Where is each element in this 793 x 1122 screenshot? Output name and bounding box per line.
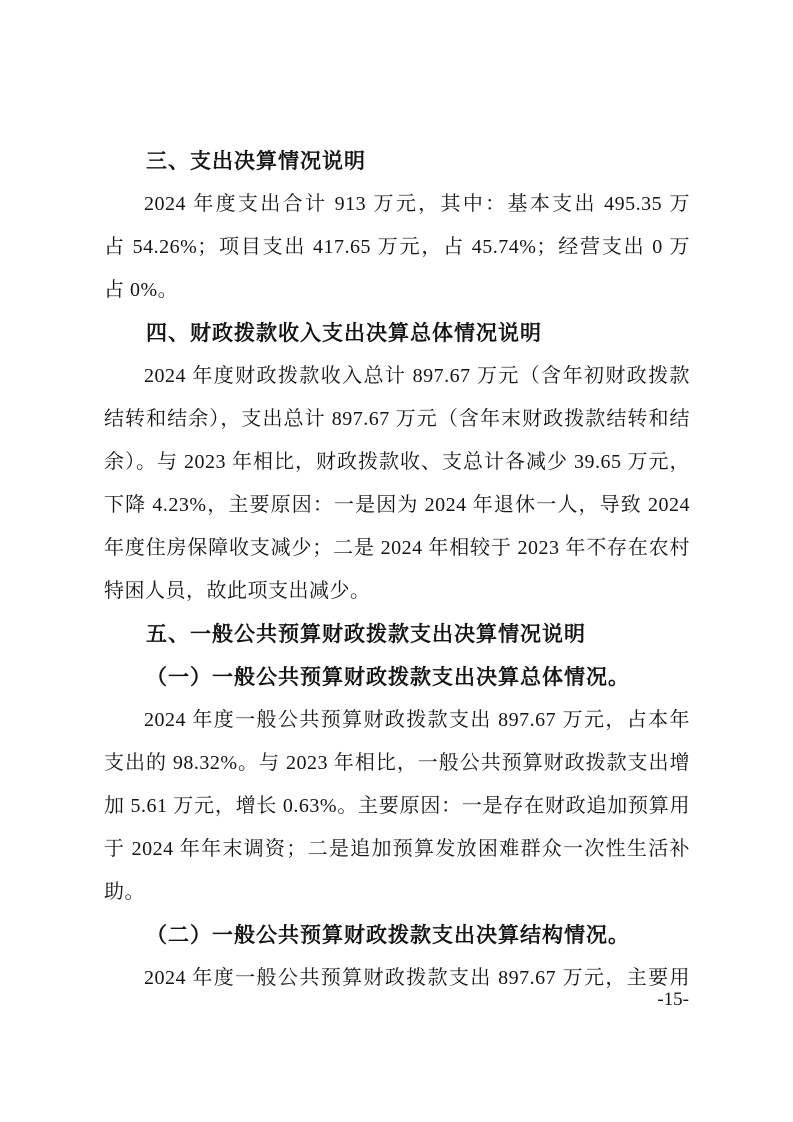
section-4-para-line-5: 年度住房保障收支减少；二是 2024 年相较于 2023 年不存在农村 <box>104 527 690 570</box>
section-5-sub-1-para-line-5: 助。 <box>104 871 690 914</box>
document-content: 三、支出决算情况说明 2024 年度支出合计 913 万元，其中：基本支出 49… <box>104 140 690 1000</box>
section-3-para-line-3: 占 0%。 <box>104 269 690 312</box>
section-5-sub-1-para-line-4: 于 2024 年年末调资；二是追加预算发放困难群众一次性生活补 <box>104 828 690 871</box>
section-4-para-line-6: 特困人员，故此项支出减少。 <box>104 570 690 613</box>
section-5-sub-2-heading: （二）一般公共预算财政拨款支出决算结构情况。 <box>104 914 690 957</box>
document-page: 三、支出决算情况说明 2024 年度支出合计 913 万元，其中：基本支出 49… <box>0 0 793 1122</box>
section-3-para-line-1: 2024 年度支出合计 913 万元，其中：基本支出 495.35 万元， <box>104 183 690 226</box>
section-5-sub-1-para-line-1: 2024 年度一般公共预算财政拨款支出 897.67 万元，占本年 <box>104 699 690 742</box>
section-4-heading: 四、财政拨款收入支出决算总体情况说明 <box>104 312 690 355</box>
section-4-para-line-3: 余）。与 2023 年相比，财政拨款收、支总计各减少 39.65 万元， <box>104 441 690 484</box>
section-4-para-line-4: 下降 4.23%，主要原因：一是因为 2024 年退休一人，导致 2024 <box>104 484 690 527</box>
section-5-sub-1-para-line-2: 支出的 98.32%。与 2023 年相比，一般公共预算财政拨款支出增 <box>104 742 690 785</box>
section-3-heading: 三、支出决算情况说明 <box>104 140 690 183</box>
section-3-para-line-2: 占 54.26%；项目支出 417.65 万元，占 45.74%；经营支出 0 … <box>104 226 690 269</box>
section-5-sub-1-heading: （一）一般公共预算财政拨款支出决算总体情况。 <box>104 656 690 699</box>
section-5-heading: 五、一般公共预算财政拨款支出决算情况说明 <box>104 613 690 656</box>
section-4-para-line-2: 结转和结余），支出总计 897.67 万元（含年末财政拨款结转和结 <box>104 398 690 441</box>
page-number: -15- <box>657 986 689 1014</box>
section-5-sub-1-para-line-3: 加 5.61 万元，增长 0.63%。主要原因：一是存在财政追加预算用 <box>104 785 690 828</box>
section-5-sub-2-para-line-1: 2024 年度一般公共预算财政拨款支出 897.67 万元，主要用 <box>104 957 690 1000</box>
section-4-para-line-1: 2024 年度财政拨款收入总计 897.67 万元（含年初财政拨款 <box>104 355 690 398</box>
